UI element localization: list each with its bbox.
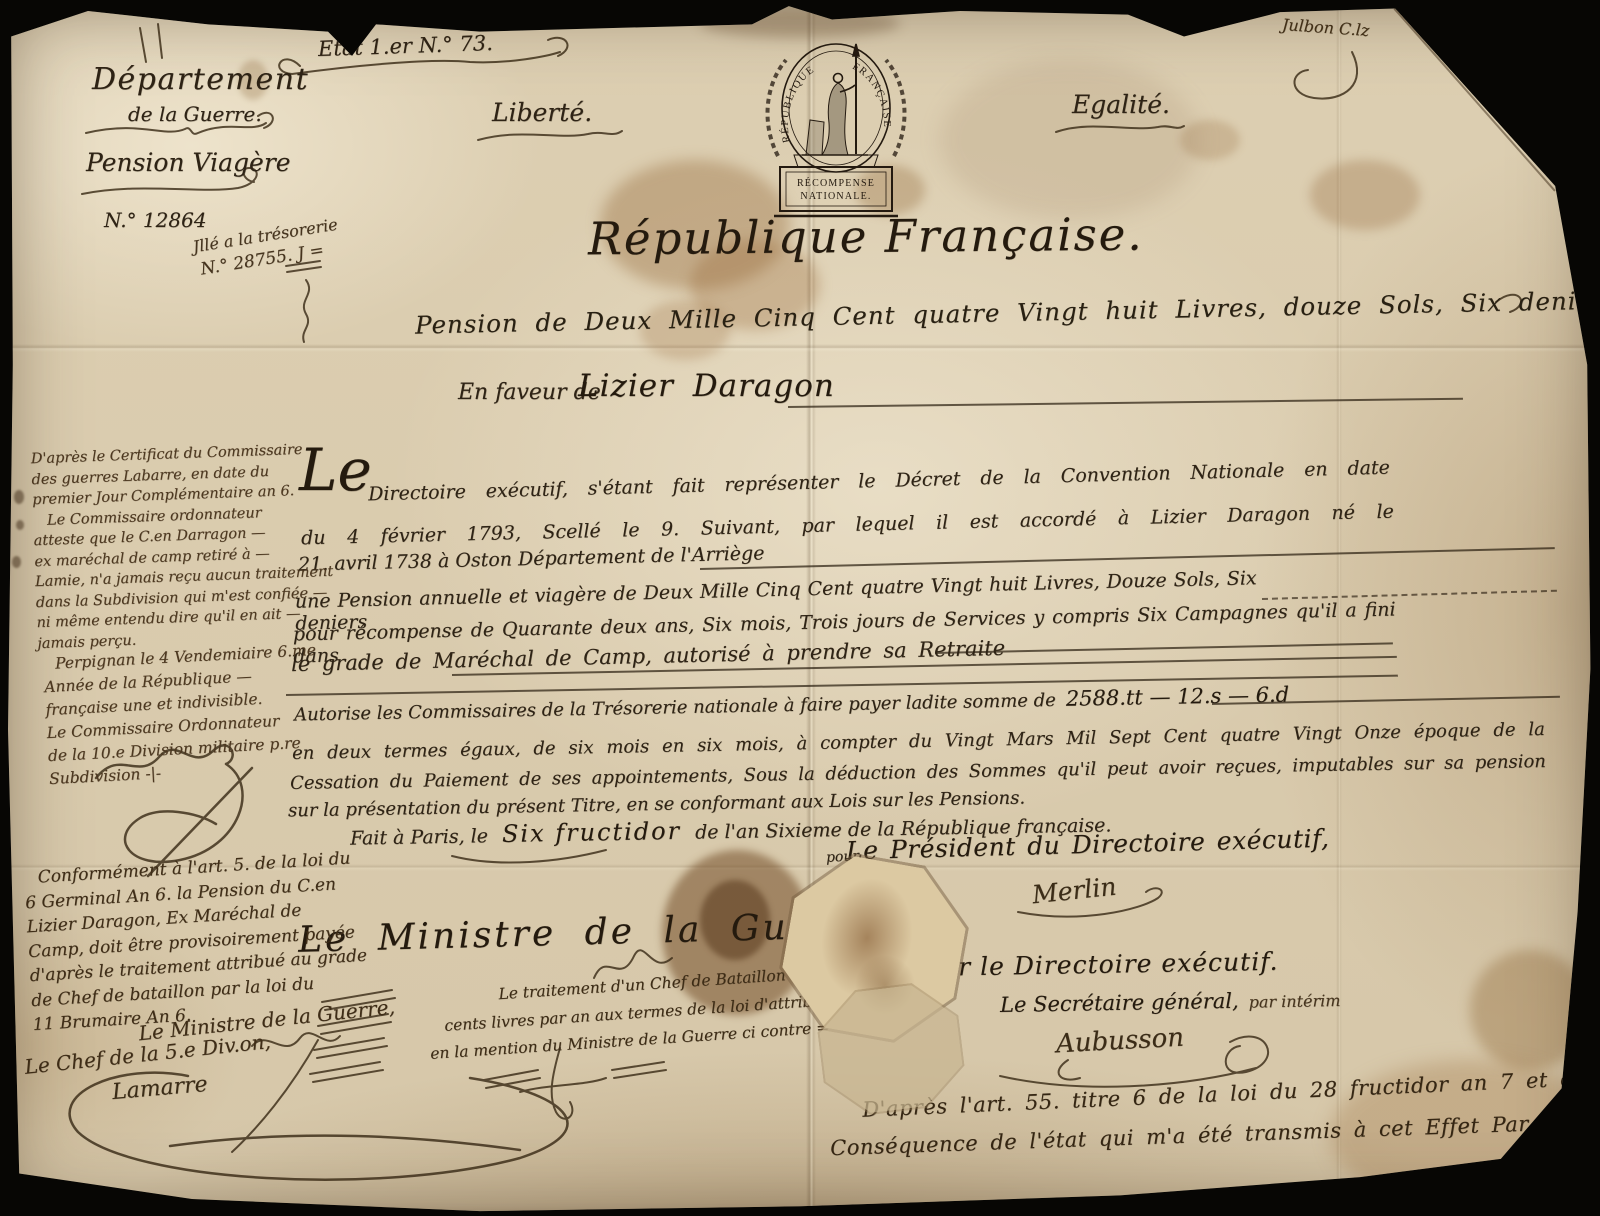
tresorerie-underline-squiggle [286, 261, 321, 342]
liberte-underline-flourish [478, 131, 622, 140]
photograph-of-document: RÉPUBLIQUE FRANÇAISE RÉCOMPENSE NATIONAL… [0, 0, 1600, 1216]
national-emblem: RÉPUBLIQUE FRANÇAISE RÉCOMPENSE NATIONAL… [752, 26, 920, 224]
emblem-pedestal-line1: RÉCOMPENSE [797, 177, 875, 189]
secretary-interim: par intérim [1249, 991, 1341, 1012]
pedestal-outer [780, 167, 892, 211]
margin-ordonnateur: Perpignan le 4 Vendemiaire 6.me Année de… [43, 639, 323, 791]
dateline-prefix: Fait à Paris, le [350, 825, 488, 849]
dossier-number: N.° 12864 [104, 208, 207, 232]
margin-certificate: D'après le Certificat du Commissaire des… [31, 439, 336, 654]
beneficiary-name: Lizier Daragon [578, 368, 835, 404]
department-title: Département [92, 62, 309, 97]
document-title: République Française. [588, 208, 1144, 266]
egalite-underline-flourish [1056, 126, 1184, 132]
pension-type: Pension Viagère [86, 148, 291, 177]
altar-icon [806, 120, 824, 155]
liberty-figure-head [834, 74, 843, 83]
department-subtitle: de la Guerre. [128, 102, 262, 126]
motto-liberte: Liberté. [492, 98, 592, 127]
motto-egalite: Egalité. [1072, 90, 1170, 119]
payment-amount: 2588.tt — 12.s — 6.d [1066, 682, 1290, 710]
dateline-date: Six fructidor [502, 817, 682, 848]
document-paper: RÉPUBLIQUE FRANÇAISE RÉCOMPENSE NATIONAL… [0, 0, 1600, 1216]
liberty-figure-body [822, 83, 848, 155]
dateline-swash [452, 850, 606, 863]
staff-cap-icon [853, 44, 859, 56]
pen-marks-top-left [140, 24, 162, 62]
secretary-title: Le Secrétaire général, [1000, 989, 1239, 1017]
emblem-pedestal-line2: NATIONALE. [800, 191, 871, 202]
corner-annotation-loop [1294, 52, 1357, 99]
